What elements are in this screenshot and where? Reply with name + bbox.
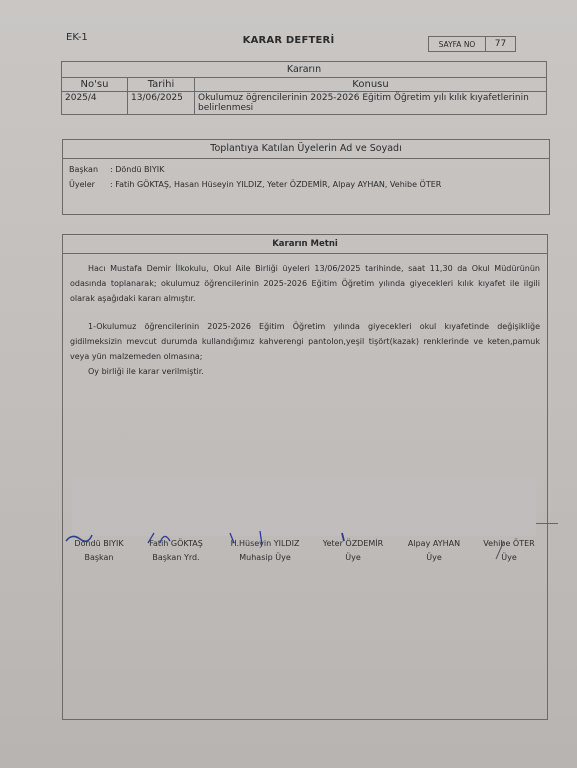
signature-scribble-icon	[474, 531, 544, 561]
chairman-row: Başkan: Döndü BIYIK	[63, 165, 549, 174]
signature-name: Alpay AYHAN	[400, 537, 468, 551]
signature-scribble-icon	[140, 531, 212, 545]
page-number-box: SAYFA NO 77	[428, 36, 516, 52]
signature-block: Vehibe ÖTER Üye	[474, 537, 544, 565]
decision-paragraph-1: Hacı Mustafa Demir İlkokulu, Okul Aile B…	[63, 261, 547, 306]
column-header-no: No'su	[62, 78, 128, 92]
attendees-box: Toplantıya Katılan Üyelerin Ad ve Soyadı…	[62, 139, 550, 215]
table-row: 2025/4 13/06/2025 Okulumuz öğrencilerini…	[62, 92, 547, 115]
attendees-title: Toplantıya Katılan Üyelerin Ad ve Soyadı	[63, 140, 549, 159]
signature-scribble-icon	[316, 531, 390, 545]
signature-role: Başkan	[62, 551, 136, 565]
signature-role: Muhasip Üye	[224, 551, 306, 565]
column-header-subject: Konusu	[195, 78, 547, 92]
decision-number: 2025/4	[62, 92, 128, 115]
signature-block: Yeter ÖZDEMİR Üye	[316, 537, 390, 565]
decision-date: 13/06/2025	[128, 92, 195, 115]
chairman-name: : Döndü BIYIK	[110, 165, 164, 174]
decision-paragraph-2: 1-Okulumuz öğrencilerinin 2025-2026 Eğit…	[63, 319, 547, 364]
column-header-date: Tarihi	[128, 78, 195, 92]
redacted-area	[72, 478, 536, 536]
page-number-value: 77	[486, 37, 515, 51]
chairman-label: Başkan	[69, 165, 110, 174]
decision-subject: Okulumuz öğrencilerinin 2025-2026 Eğitim…	[195, 92, 547, 115]
decision-text-title: Kararın Metni	[63, 235, 547, 254]
signature-role: Başkan Yrd.	[140, 551, 212, 565]
members-row: Üyeler: Fatih GÖKTAŞ, Hasan Hüseyin YILD…	[63, 180, 549, 189]
members-names: : Fatih GÖKTAŞ, Hasan Hüseyin YILDIZ, Ye…	[110, 180, 441, 189]
signature-role: Üye	[316, 551, 390, 565]
decision-table: Kararın No'su Tarihi Konusu 2025/4 13/06…	[61, 61, 547, 115]
decision-table-title: Kararın	[62, 62, 547, 78]
signature-scribble-icon	[224, 531, 306, 545]
page-number-label: SAYFA NO	[429, 37, 486, 51]
decision-text-box: Kararın Metni Hacı Mustafa Demir İlkokul…	[62, 234, 548, 720]
signature-block: Fatih GÖKTAŞ Başkan Yrd.	[140, 537, 212, 565]
decision-paragraph-3: Oy birliği ile karar verilmiştir.	[63, 364, 547, 379]
signature-role: Üye	[400, 551, 468, 565]
signature-block: H.Hüseyin YILDIZ Muhasip Üye	[224, 537, 306, 565]
signature-block: Alpay AYHAN Üye	[400, 537, 468, 565]
signature-block: Döndü BIYIK Başkan	[62, 537, 136, 565]
members-label: Üyeler	[69, 180, 110, 189]
margin-line	[536, 523, 558, 524]
signature-scribble-icon	[62, 531, 136, 545]
